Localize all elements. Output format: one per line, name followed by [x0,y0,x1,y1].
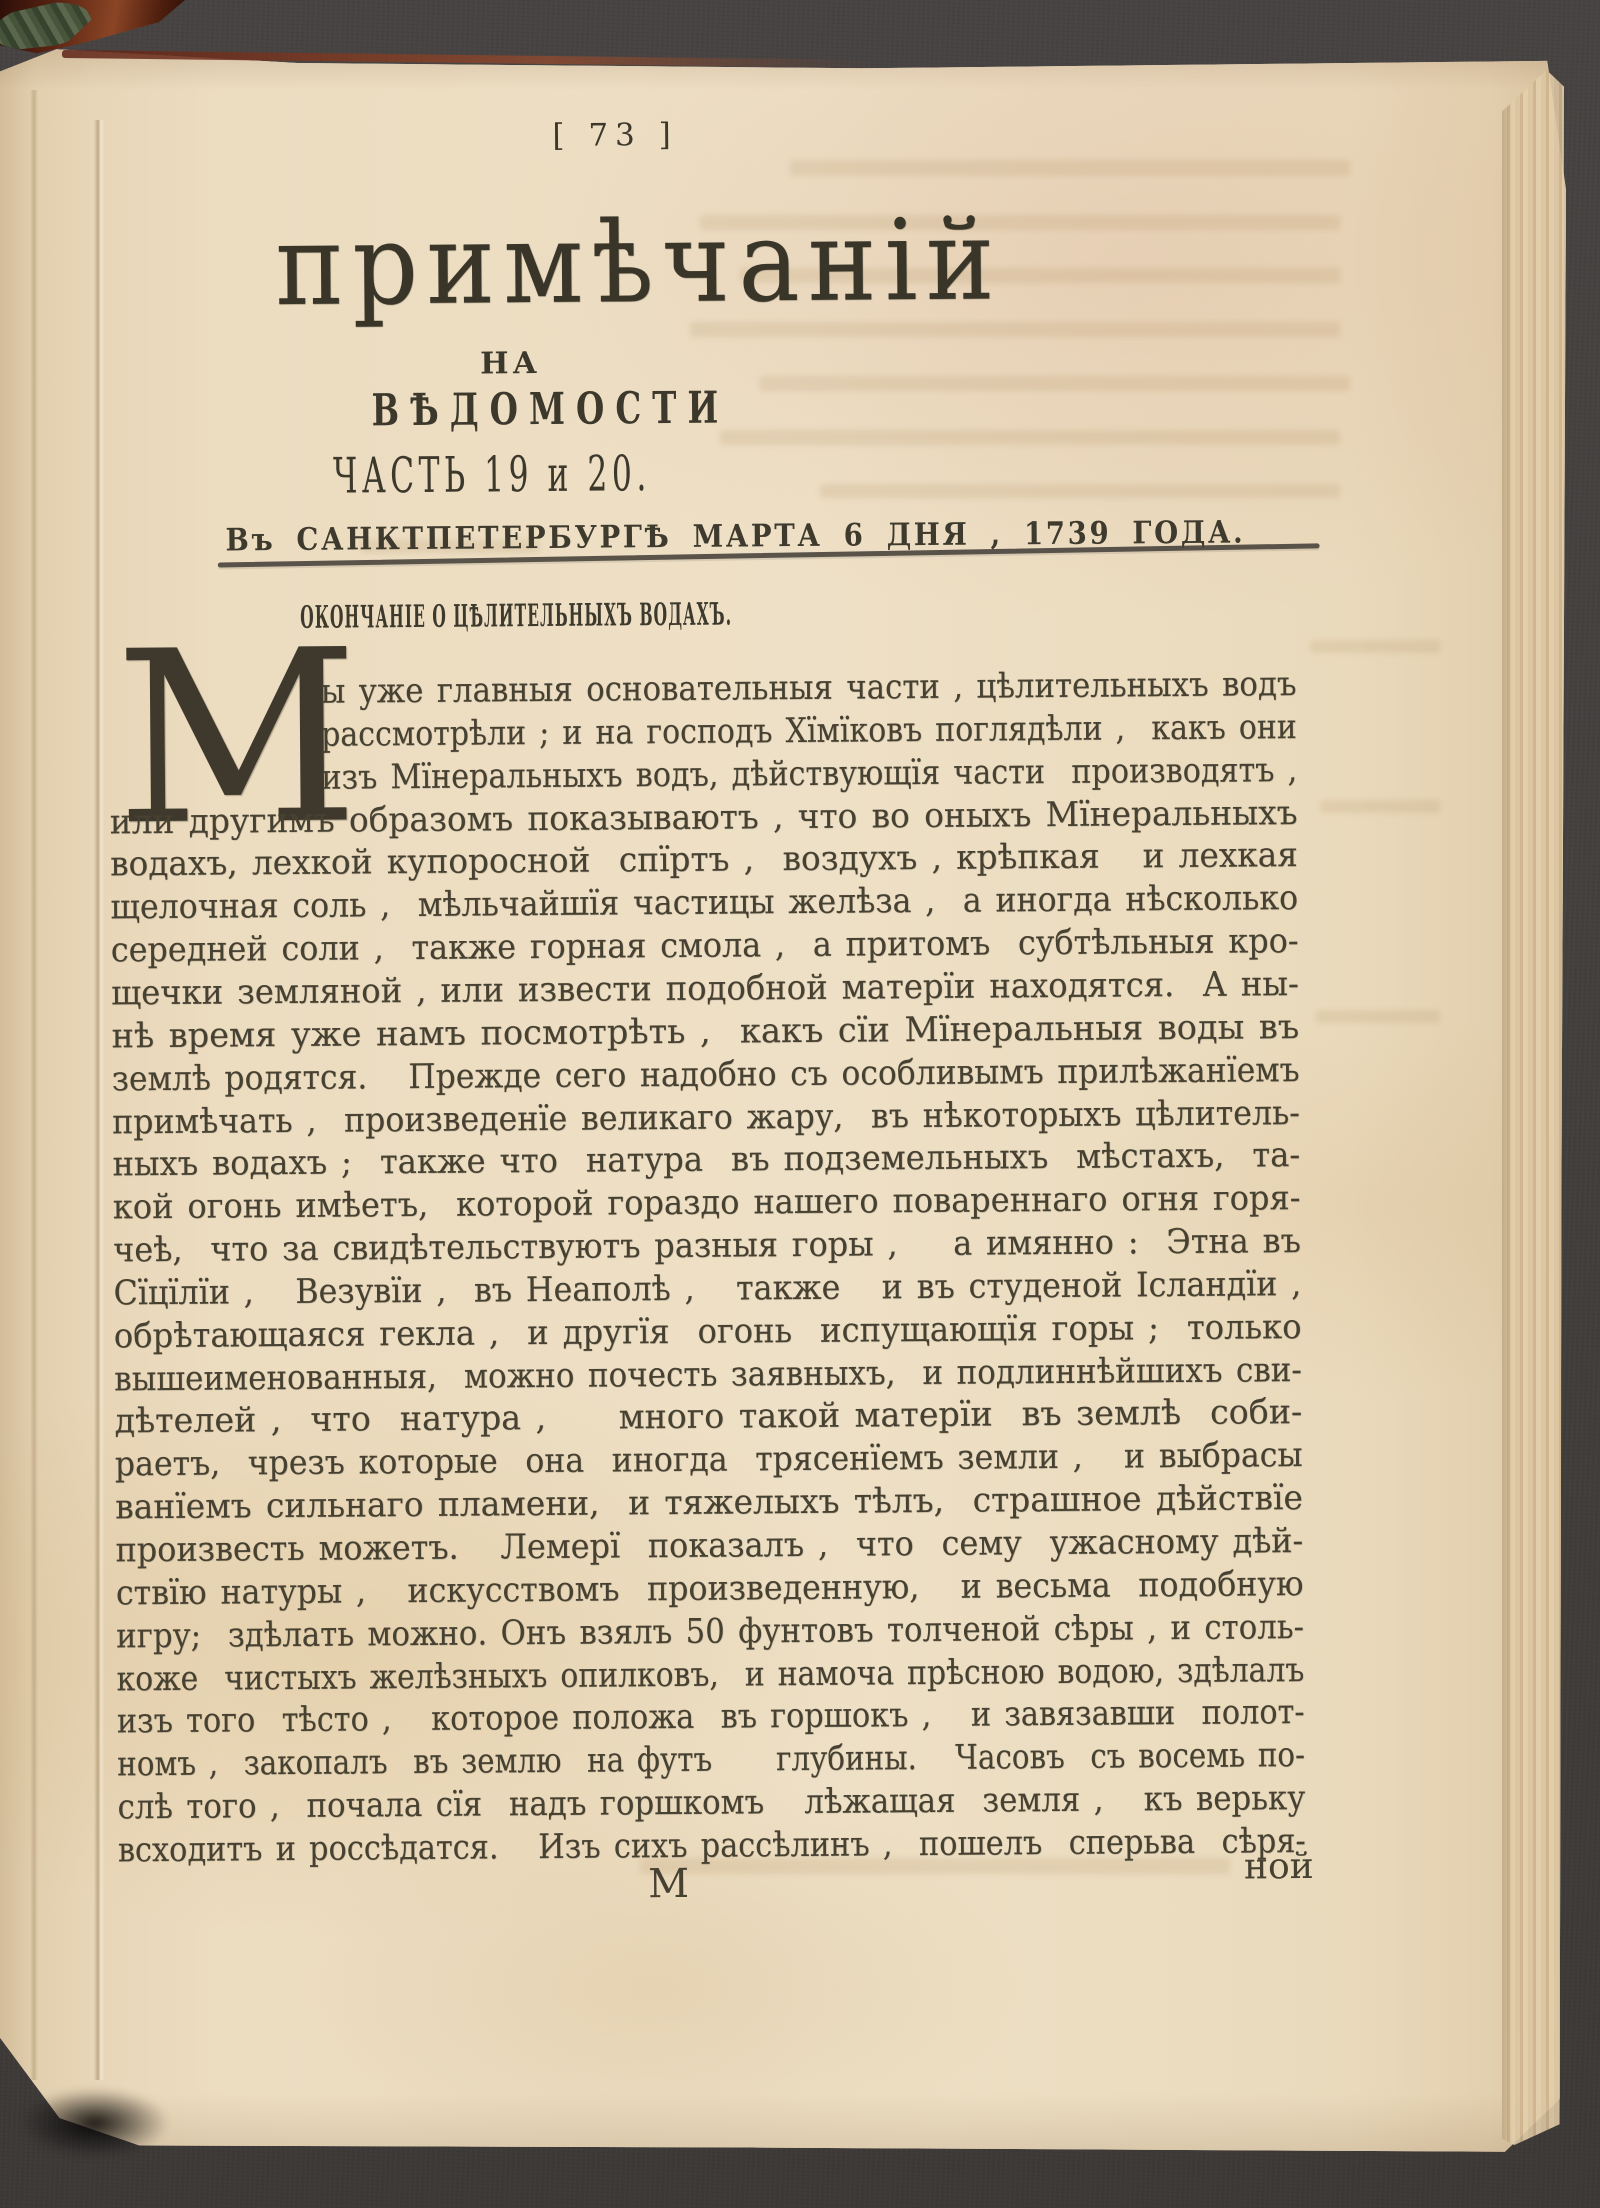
catchword: ной [1244,1846,1314,1888]
body-text-line: кой огонь имѣетъ, которой гораздо нашего… [113,1178,1301,1227]
body-text-line: рассмотрѣли ; и на господъ Хїмїковъ погл… [321,707,1297,755]
heading-na: НА [480,346,541,381]
body-text-line: изъ того тѣсто , которое положа въ горшо… [117,1692,1305,1741]
body-text-line: вышеименованныя, можно почесть заявныхъ,… [114,1350,1302,1399]
signature-mark: М [648,1861,689,1907]
body-text-line: игру; здѣлать можно. Онъ взялъ 50 фунтов… [116,1607,1304,1656]
body-text-line: чеѣ, что за свидѣтельствуютъ разныя горы… [113,1221,1301,1270]
scanned-book-photo: { "document": { "page_number": "[ 73 ]",… [0,0,1600,2208]
body-text-line: или другимъ образомъ показываютъ , что в… [110,793,1298,842]
heading-vedomosti: ВѢДОМОСТИ [371,383,729,437]
body-text-line: ствїю натуры , искусствомъ произведенную… [116,1564,1304,1613]
body-text-line: слѣ того , почала сїя надъ горшкомъ лѣжа… [117,1778,1305,1827]
section-heading: ОКОНЧАНІЕ О ЦѢЛИТЕЛЬНЫХЪ ВОДАХЪ. [300,597,732,636]
body-text-line: водахъ, лехкой купоросной спїртъ , возду… [110,835,1298,884]
body-text-line: примѣчать , произведенїе великаго жару, … [112,1093,1300,1142]
body-text-line: землѣ родятся. Прежде сего надобно съ ос… [112,1050,1300,1099]
body-text-line: середней соли , также горная смола , а п… [111,921,1299,970]
body-text-line: ныхъ водахъ ; также что натура въ подзем… [112,1135,1300,1184]
body-text-line: всходитъ и россѣдатся. Изъ сихъ рассѣлин… [118,1821,1306,1870]
body-text-line: номъ , закопалъ въ землю на футъ глубины… [117,1735,1305,1784]
body-text-line: дѣтелей , что натура , много такой матер… [114,1392,1302,1441]
heading-part: ЧАСТЬ 19 и 20. [333,445,651,504]
printed-text-layer: [ 73 ] примѣчаній НА ВѢДОМОСТИ ЧАСТЬ 19 … [0,0,1600,2208]
body-text-line: обрѣтающаяся гекла , и другїя огонь испу… [114,1307,1302,1356]
body-text-line: щечки земляной , или извести подобной ма… [111,964,1299,1013]
body-text-line: произвесть можетъ. Лемерї показалъ , что… [115,1521,1303,1570]
page-number: [ 73 ] [552,117,678,154]
body-text-line: ванїемъ сильнаго пламени, и тяжелыхъ тѣл… [115,1478,1303,1527]
body-text-line: изъ Мїнеральныхъ водъ, дѣйствующїя части… [321,750,1297,798]
body-text-line: щелочная соль , мѣльчайшїя частицы желѣз… [110,878,1298,927]
body-text-line: раетъ, чрезъ которые она иногда трясенїе… [115,1435,1303,1484]
body-text-line: ы уже главныя основательныя части , цѣли… [321,664,1297,712]
body-text-line: нѣ время уже намъ посмотрѣть , какъ сїи … [111,1007,1299,1056]
page-title: примѣчаній [275,204,1003,322]
body-text-line: коже чистыхъ желѣзныхъ опилковъ, и намоч… [116,1650,1304,1699]
body-text-line: Сїцїлїи , Везувїи , въ Неаполѣ , также и… [113,1264,1301,1313]
